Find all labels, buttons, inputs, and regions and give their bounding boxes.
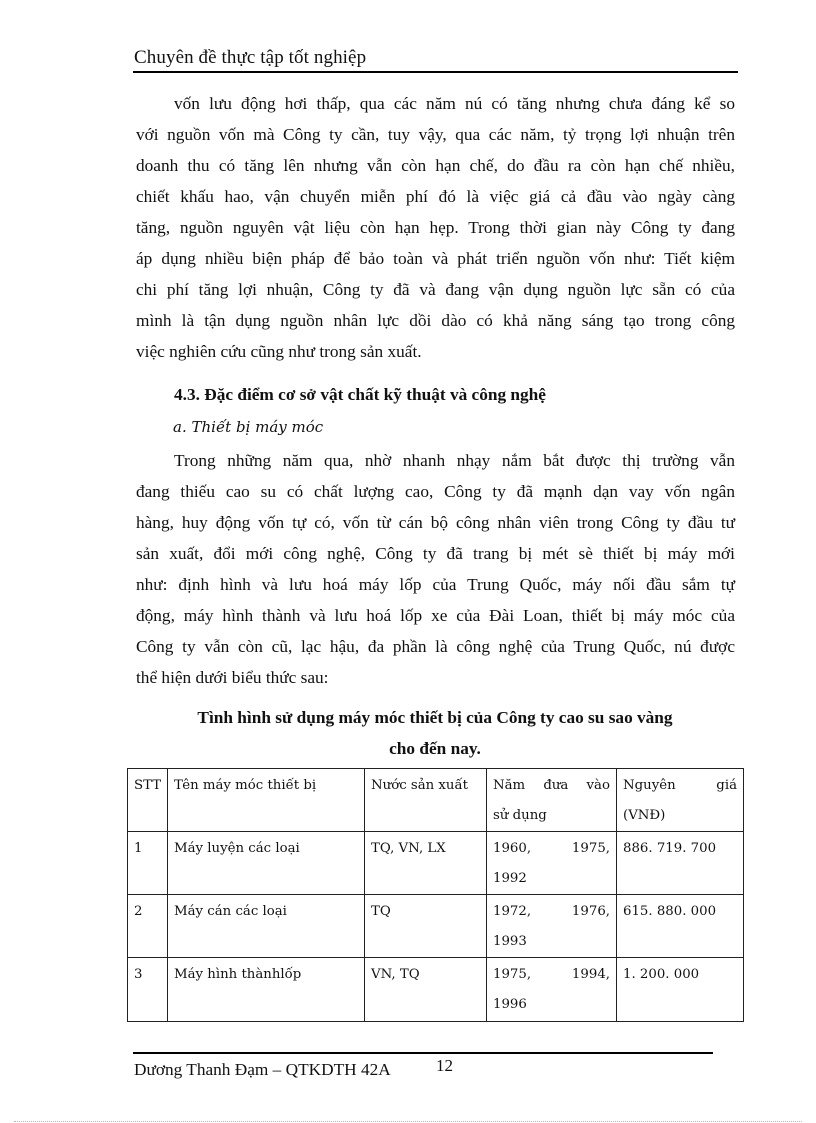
header-cell-price: Nguyên giá (VNĐ) [617, 769, 744, 832]
table-row: 2 Máy cán các loại TQ 1972, 1976, 1993 6… [128, 895, 744, 958]
cell-country: TQ, VN, LX [365, 832, 487, 895]
text-line: Trong những năm qua, nhờ nhanh nhạy nắm … [136, 445, 735, 476]
cell-name: Máy cán các loại [168, 895, 365, 958]
cell-years: 1975, 1994, 1996 [487, 958, 617, 1022]
cell-years: 1960, 1975, 1992 [487, 832, 617, 895]
table-header-row: STT Tên máy móc thiết bị Nước sản xuất N… [128, 769, 744, 832]
paragraph-equipment: Trong những năm qua, nhờ nhanh nhạy nắm … [136, 445, 735, 693]
cell-name: Máy luyện các loại [168, 832, 365, 895]
equipment-table: STT Tên máy móc thiết bị Nước sản xuất N… [127, 768, 744, 1022]
cell-country: TQ [365, 895, 487, 958]
cell-stt: 3 [128, 958, 168, 1022]
table-caption-line-2: cho đến nay. [128, 733, 742, 764]
subsection-heading: a. Thiết bị máy móc [173, 415, 323, 439]
page-number: 12 [436, 1054, 453, 1078]
text-line: hàng, huy động vốn tự có, vốn từ cán bộ … [136, 507, 735, 538]
text-line: việc nghiên cứu cũng như trong sản xuất. [136, 336, 735, 367]
text-line: vốn lưu động hơi thấp, qua các năm nú có… [136, 88, 735, 119]
footer-author: Dương Thanh Đạm – QTKDTH 42A [134, 1058, 391, 1082]
table-caption-line-1: Tình hình sử dụng máy móc thiết bị của C… [128, 702, 742, 733]
text-line: mình là tận dụng nguồn nhân lực dồi dào … [136, 305, 735, 336]
header-rule [133, 71, 738, 73]
header-cell-name: Tên máy móc thiết bị [168, 769, 365, 832]
text-line: doanh thu có tăng lên nhưng vẫn còn hạn … [136, 150, 735, 181]
table-row: 1 Máy luyện các loại TQ, VN, LX 1960, 19… [128, 832, 744, 895]
table-row: 3 Máy hình thànhlốp VN, TQ 1975, 1994, 1… [128, 958, 744, 1022]
text-line: thể hiện dưới biểu thức sau: [136, 662, 735, 693]
section-heading: 4.3. Đặc điểm cơ sở vật chất kỹ thuật và… [174, 383, 546, 407]
text-line: đang thiếu cao su có chất lượng cao, Côn… [136, 476, 735, 507]
text-line: như: định hình và lưu hoá máy lốp của Tr… [136, 569, 735, 600]
text-line: tăng, nguồn nguyên vật liệu còn hạn hẹp.… [136, 212, 735, 243]
paragraph-capital-analysis: vốn lưu động hơi thấp, qua các năm nú có… [136, 88, 735, 367]
cell-price: 886. 719. 700 [617, 832, 744, 895]
text-line: áp dụng nhiều biện pháp để bảo toàn và p… [136, 243, 735, 274]
cell-price: 1. 200. 000 [617, 958, 744, 1022]
text-line: với nguồn vốn mà Công ty cần, tuy vậy, q… [136, 119, 735, 150]
text-line: chiết khấu hao, vận chuyển miễn phí đó l… [136, 181, 735, 212]
cell-years: 1972, 1976, 1993 [487, 895, 617, 958]
header-cell-year: Năm đưa vào sử dụng [487, 769, 617, 832]
header-cell-stt: STT [128, 769, 168, 832]
header-cell-country: Nước sản xuất [365, 769, 487, 832]
text-line: sản xuất, đổi mới công nghệ, Công ty đã … [136, 538, 735, 569]
text-line: động, máy hình thành và lưu hoá lốp xe c… [136, 600, 735, 631]
footer-rule [133, 1052, 713, 1054]
cell-stt: 2 [128, 895, 168, 958]
text-line: Công ty vẫn còn cũ, lạc hậu, đa phần là … [136, 631, 735, 662]
cell-stt: 1 [128, 832, 168, 895]
cell-country: VN, TQ [365, 958, 487, 1022]
cell-price: 615. 880. 000 [617, 895, 744, 958]
running-header-title: Chuyên đề thực tập tốt nghiệp [134, 46, 366, 70]
cell-name: Máy hình thànhlốp [168, 958, 365, 1022]
text-line: chi phí tăng lợi nhuận, Công ty đã và đa… [136, 274, 735, 305]
page-boundary [14, 1121, 802, 1122]
